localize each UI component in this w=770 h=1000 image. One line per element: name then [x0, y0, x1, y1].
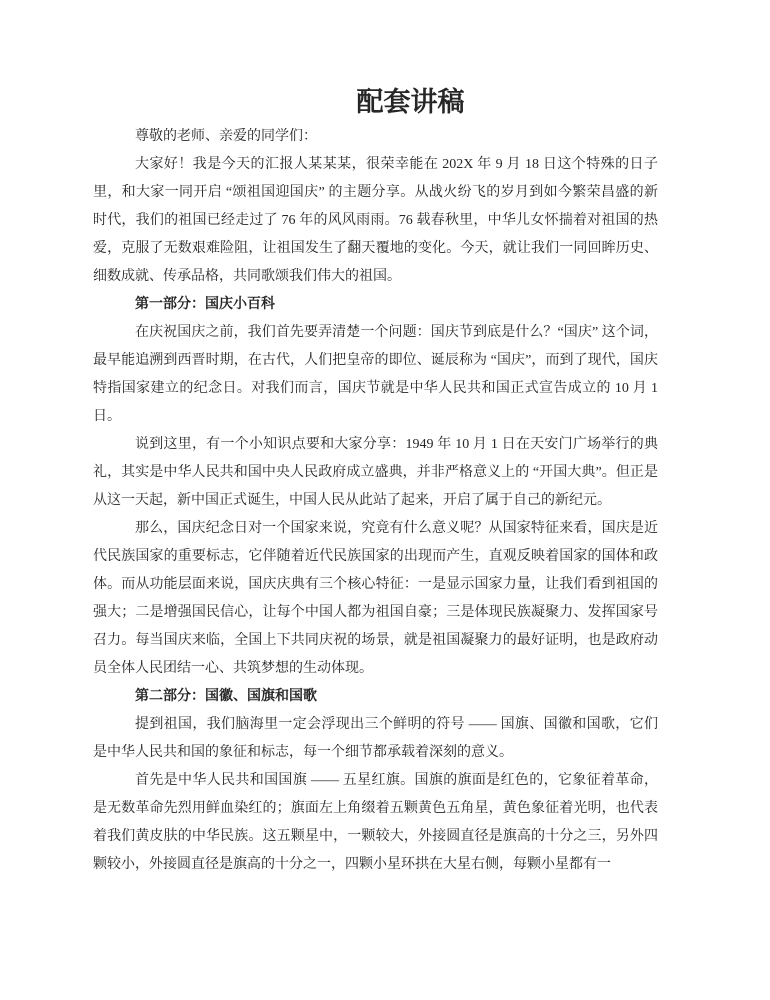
- paragraph-significance: 那么，国庆纪念日对一个国家来说，究竟有什么意义呢？从国家特征来看，国庆是近代民族…: [93, 515, 658, 683]
- paragraph-national-flag: 首先是中华人民共和国国旗 —— 五星红旗。国旗的旗面是红色的，它象征着革命，是无…: [93, 767, 658, 879]
- paragraph-1949-ceremony-fact: 说到这里，有一个小知识点要和大家分享：1949 年 10 月 1 日在天安门广场…: [93, 431, 658, 515]
- paragraph-national-day-meaning: 在庆祝国庆之前，我们首先要弄清楚一个问题：国庆节到底是什么？“国庆” 这个词，最…: [93, 319, 658, 431]
- section-heading-part2: 第二部分：国徽、国旗和国歌: [93, 683, 658, 711]
- section-heading-part1: 第一部分：国庆小百科: [93, 291, 658, 319]
- paragraph-opening: 大家好！我是今天的汇报人某某某，很荣幸能在 202X 年 9 月 18 日这个特…: [93, 151, 658, 291]
- document-title: 配套讲稿: [93, 82, 658, 123]
- document-content: 配套讲稿 尊敬的老师、亲爱的同学们： 大家好！我是今天的汇报人某某某，很荣幸能在…: [93, 0, 658, 879]
- salutation-line: 尊敬的老师、亲爱的同学们：: [93, 123, 658, 151]
- paragraph-national-symbols: 提到祖国，我们脑海里一定会浮现出三个鲜明的符号 —— 国旗、国徽和国歌，它们是中…: [93, 711, 658, 767]
- document-page: 配套讲稿 尊敬的老师、亲爱的同学们： 大家好！我是今天的汇报人某某某，很荣幸能在…: [0, 0, 770, 1000]
